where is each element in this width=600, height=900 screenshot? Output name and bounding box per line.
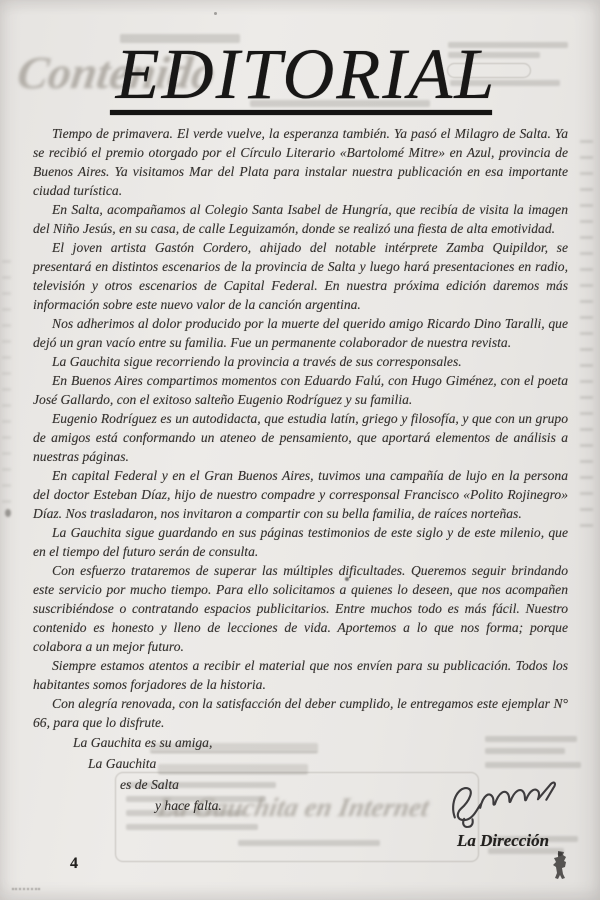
scanned-page: Contenido La Gauchita en Internet EDITOR… — [0, 0, 600, 900]
editorial-paragraph: En Salta, acompañamos al Colegio Santa I… — [33, 200, 568, 238]
closing-line: La Gauchita es su amiga, — [33, 732, 568, 753]
closing-line: La Gauchita — [33, 753, 568, 774]
editorial-paragraph: Con esfuerzo trataremos de superar las m… — [33, 561, 568, 656]
editorial-paragraph: La Gauchita sigue recorriendo la provinc… — [33, 352, 568, 371]
editorial-paragraph: Siempre estamos atentos a recibir el mat… — [33, 656, 568, 694]
gaucho-figure-icon — [551, 850, 568, 885]
editorial-paragraph: Nos adherimos al dolor producido por la … — [33, 314, 568, 352]
ink-speck — [214, 12, 217, 15]
signature-caption: La Dirección — [438, 831, 568, 851]
editorial-paragraph: Tiempo de primavera. El verde vuelve, la… — [33, 124, 568, 200]
editorial-paragraph: En capital Federal y en el Gran Buenos A… — [33, 466, 568, 523]
page-number: 4 — [70, 855, 78, 873]
page-content: EDITORIAL Tiempo de primavera. El verde … — [0, 0, 600, 900]
signature-block: La Dirección — [438, 778, 568, 851]
editorial-paragraph: La Gauchita sigue guardando en sus págin… — [33, 523, 568, 561]
masthead: EDITORIAL — [0, 38, 600, 115]
editorial-paragraph: El joven artista Gastón Cordero, ahijado… — [33, 238, 568, 314]
title-underline — [110, 110, 492, 115]
scan-artifact-dashes — [12, 888, 40, 890]
editorial-body: Tiempo de primavera. El verde vuelve, la… — [33, 124, 568, 816]
handwritten-signature-icon — [437, 775, 569, 830]
page-title: EDITORIAL — [6, 38, 600, 110]
ink-speck — [345, 577, 349, 581]
ink-speck — [5, 509, 11, 517]
editorial-paragraph: Eugenio Rodríguez es un autodidacta, que… — [33, 409, 568, 466]
editorial-paragraph: Con alegría renovada, con la satisfacció… — [33, 694, 568, 732]
editorial-paragraph: En Buenos Aires compartimos momentos con… — [33, 371, 568, 409]
